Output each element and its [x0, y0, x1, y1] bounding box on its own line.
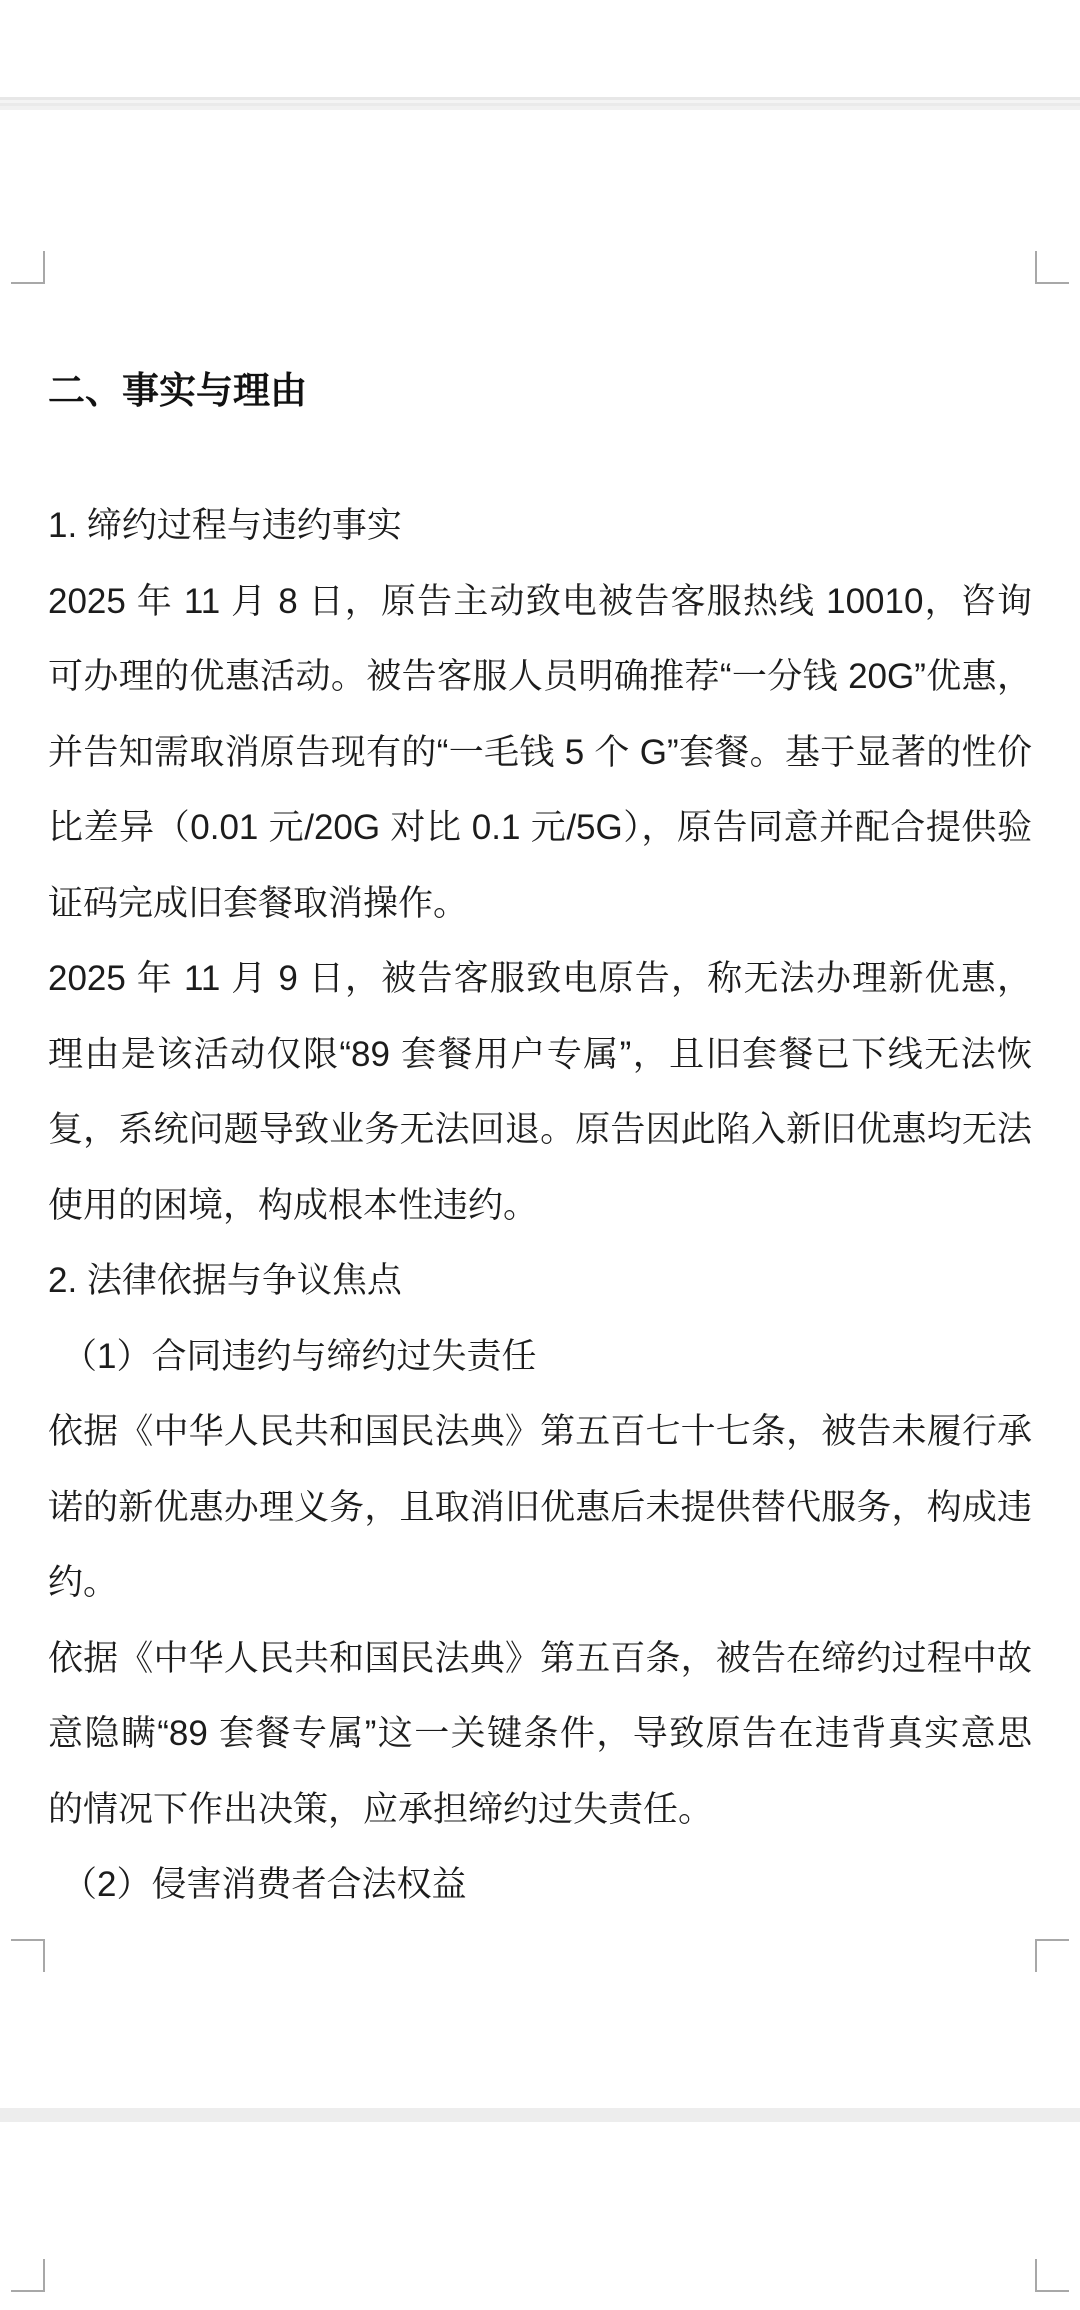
- text-line: 诺的新优惠办理义务，且取消旧优惠后未提供替代服务，构成违: [48, 1470, 1032, 1546]
- text-line: 依据《中华人民共和国民法典》第五百七十七条，被告未履行承: [48, 1394, 1032, 1470]
- text-line: 并告知需取消原告现有的“一毛钱 5 个 G”套餐。基于显著的性价: [48, 715, 1032, 791]
- text-line: 复，系统问题导致业务无法回退。原告因此陷入新旧优惠均无法: [48, 1092, 1032, 1168]
- corner-mark-bottom-left: [11, 1939, 45, 1972]
- text-line: 证码完成旧套餐取消操作。: [48, 866, 1032, 942]
- section-heading: 二、事实与理由: [48, 353, 1032, 429]
- text-line: （2）侵害消费者合法权益: [48, 1847, 1032, 1923]
- document-body: 1. 缔约过程与违约事实 2025 年 11 月 8 日，原告主动致电被告客服热…: [48, 488, 1032, 1923]
- corner-mark-next-page-right: [1035, 2259, 1069, 2292]
- text-line: 意隐瞒“89 套餐专属”这一关键条件，导致原告在违背真实意思: [48, 1696, 1032, 1772]
- corner-mark-top-left: [11, 251, 45, 284]
- page-separator-top: [0, 97, 1080, 110]
- document-viewer: { "document": { "heading": "二、事实与理由", "l…: [0, 0, 1080, 2310]
- text-line: 理由是该活动仅限“89 套餐用户专属”，且旧套餐已下线无法恢: [48, 1017, 1032, 1093]
- text-line: 2. 法律依据与争议焦点: [48, 1243, 1032, 1319]
- next-page-top[interactable]: [0, 2122, 1080, 2310]
- text-line: 比差异（0.01 元/20G 对比 0.1 元/5G），原告同意并配合提供验: [48, 790, 1032, 866]
- previous-page-bottom[interactable]: [0, 0, 1080, 97]
- corner-mark-top-right: [1035, 251, 1069, 284]
- text-line: 2025 年 11 月 8 日，原告主动致电被告客服热线 10010，咨询: [48, 564, 1032, 640]
- text-line: 的情况下作出决策，应承担缔约过失责任。: [48, 1772, 1032, 1848]
- text-line: （1）合同违约与缔约过失责任: [48, 1319, 1032, 1395]
- corner-mark-bottom-right: [1035, 1939, 1069, 1972]
- corner-mark-next-page-left: [11, 2259, 45, 2292]
- text-line: 2025 年 11 月 9 日，被告客服致电原告，称无法办理新优惠，: [48, 941, 1032, 1017]
- text-line: 使用的困境，构成根本性违约。: [48, 1168, 1032, 1244]
- page-separator-bottom: [0, 2108, 1080, 2122]
- text-line: 1. 缔约过程与违约事实: [48, 488, 1032, 564]
- text-line: 可办理的优惠活动。被告客服人员明确推荐“一分钱 20G”优惠，: [48, 639, 1032, 715]
- text-line: 约。: [48, 1545, 1032, 1621]
- text-line: 依据《中华人民共和国民法典》第五百条，被告在缔约过程中故: [48, 1621, 1032, 1697]
